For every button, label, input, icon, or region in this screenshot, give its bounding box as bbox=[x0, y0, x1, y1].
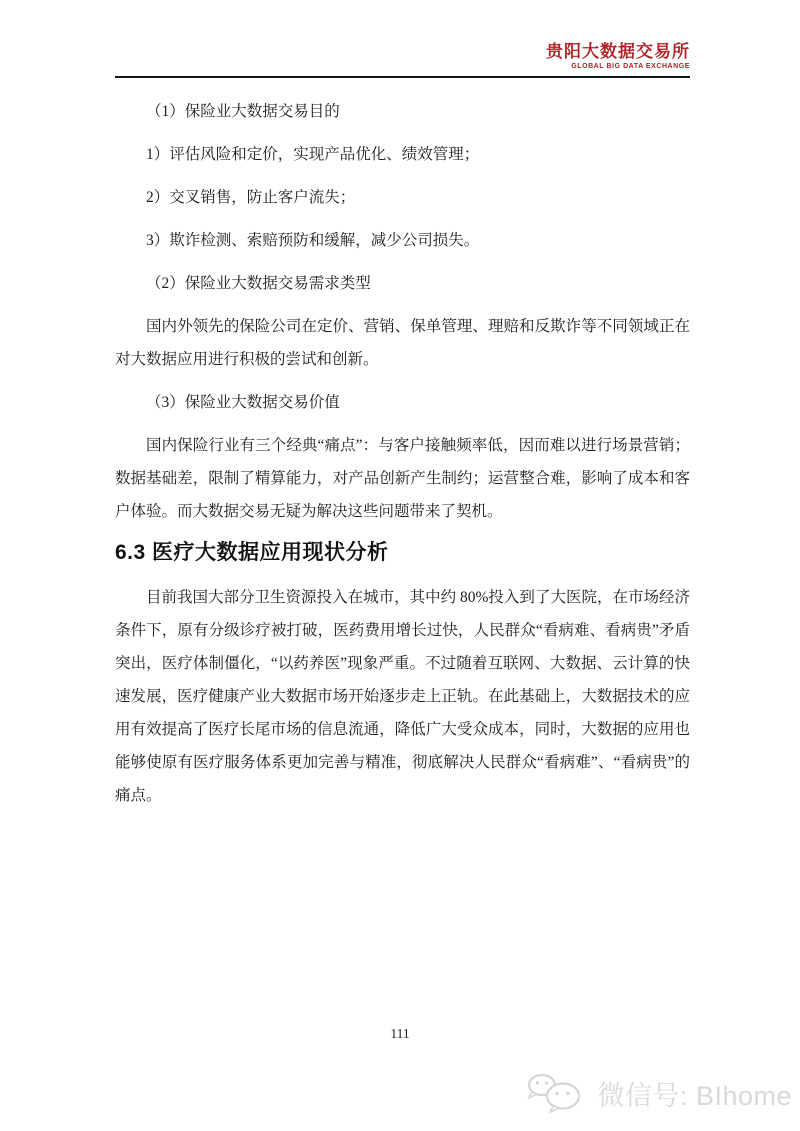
section-paragraph: 目前我国大部分卫生资源投入在城市，其中约 80%投入到了大医院，在市场经济条件下… bbox=[115, 581, 690, 812]
content-area: （1）保险业大数据交易目的 1）评估风险和定价，实现产品优化、绩效管理； 2）交… bbox=[115, 95, 690, 812]
section-heading: 6.3 医疗大数据应用现状分析 bbox=[115, 538, 690, 568]
paragraph: 3）欺诈检测、索赔预防和缓解，减少公司损失。 bbox=[115, 224, 690, 257]
page-number: 111 bbox=[0, 1026, 800, 1042]
paragraph: （2）保险业大数据交易需求类型 bbox=[115, 267, 690, 300]
paragraph: （3）保险业大数据交易价值 bbox=[115, 386, 690, 419]
paragraph: 2）交叉销售，防止客户流失； bbox=[115, 181, 690, 214]
watermark-text: 微信号: BIhome bbox=[597, 1074, 792, 1113]
document-page: 贵阳大数据交易所 GLOBAL BIG DATA EXCHANGE （1）保险业… bbox=[0, 0, 800, 1131]
logo-cn-text: 贵阳大数据交易所 bbox=[546, 43, 690, 60]
paragraph: （1）保险业大数据交易目的 bbox=[115, 95, 690, 128]
wechat-icon bbox=[526, 1072, 588, 1114]
paragraph: 国内保险行业有三个经典“痛点”：与客户接触频率低，因而难以进行场景营销；数据基础… bbox=[115, 429, 690, 528]
header-logo: 贵阳大数据交易所 GLOBAL BIG DATA EXCHANGE bbox=[546, 43, 690, 70]
watermark: 微信号: BIhome bbox=[526, 1072, 792, 1114]
paragraph: 1）评估风险和定价，实现产品优化、绩效管理； bbox=[115, 138, 690, 171]
header-rule bbox=[115, 76, 690, 78]
paragraph: 国内外领先的保险公司在定价、营销、保单管理、理赔和反欺诈等不同领域正在对大数据应… bbox=[115, 310, 690, 376]
logo-en-text: GLOBAL BIG DATA EXCHANGE bbox=[546, 63, 690, 70]
